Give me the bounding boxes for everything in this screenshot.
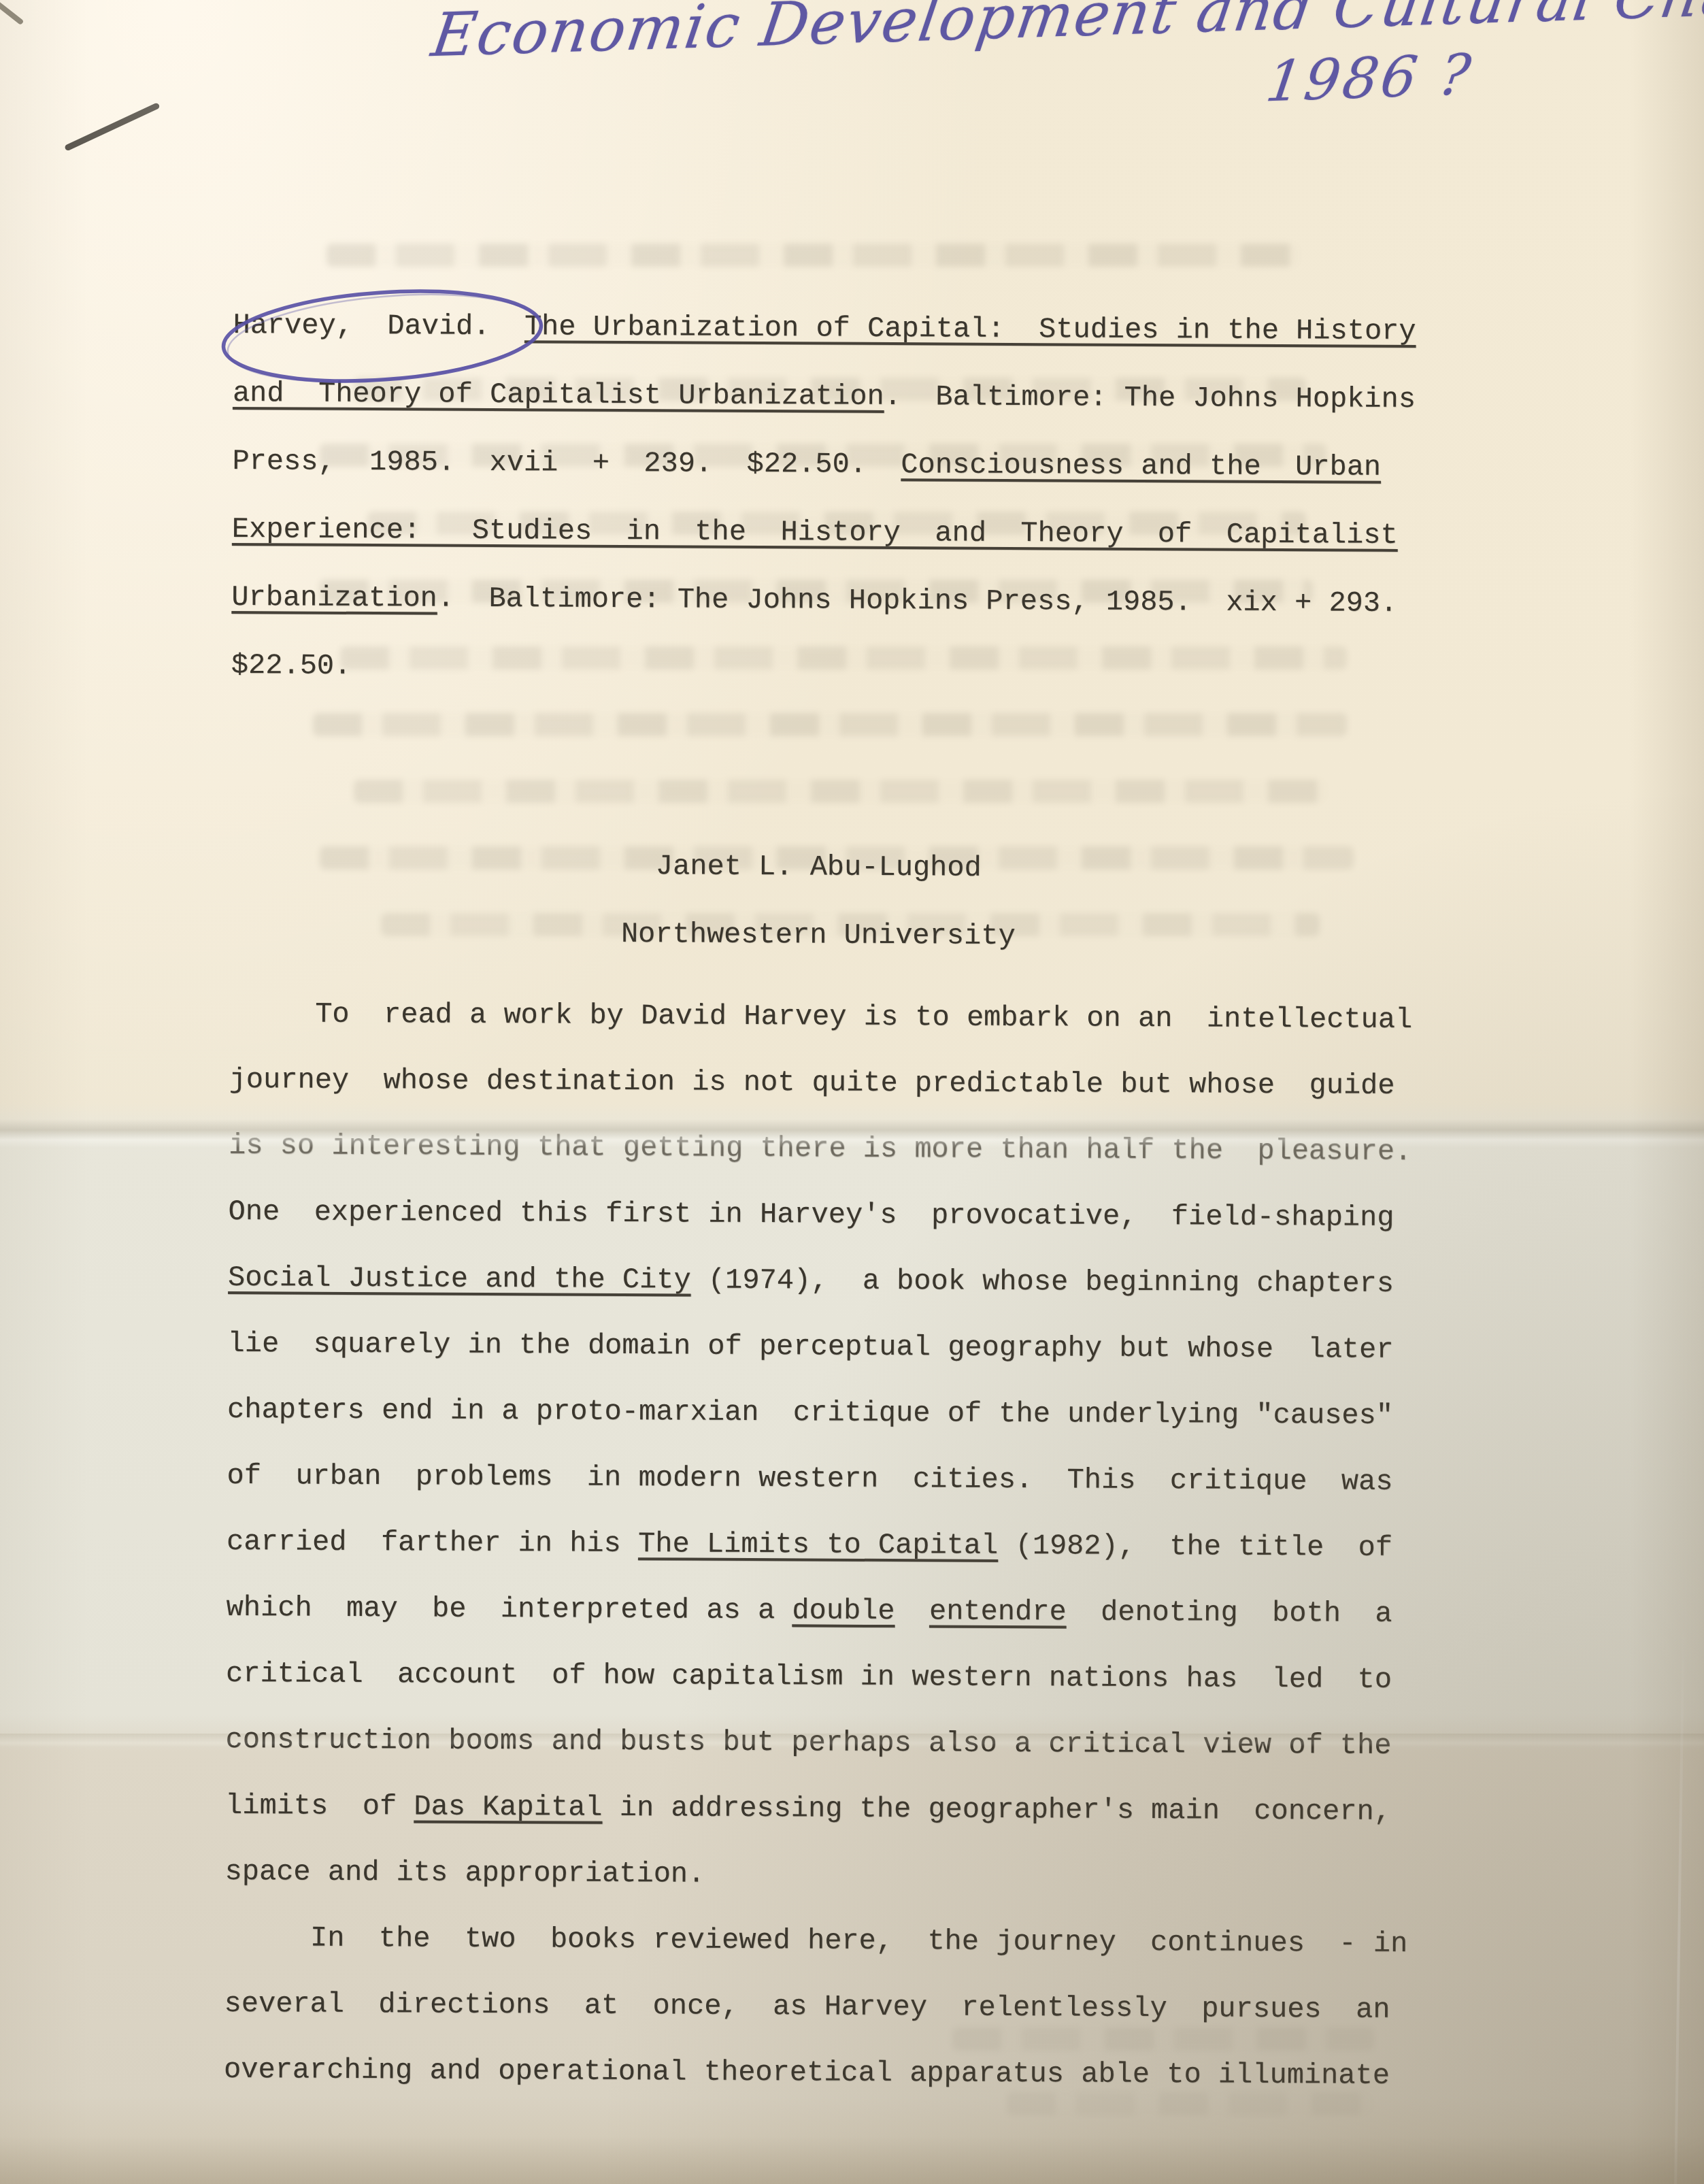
body-line: critical account of how capitalism in we… — [226, 1641, 1403, 1713]
typed-text-run: denoting both a — [1067, 1595, 1392, 1630]
body-line: overarching and operational theoretical … — [224, 2037, 1401, 2109]
body-line: which may be interpreted as a double ent… — [226, 1575, 1403, 1647]
typed-text-run: space and its appropriation. — [224, 1855, 705, 1891]
body-line: of urban problems in modern western citi… — [227, 1443, 1403, 1515]
body-line: To read a work by David Harvey is to emb… — [229, 981, 1406, 1053]
typed-text-run: One experienced this first in Harvey's p… — [229, 1195, 1394, 1234]
body-line: carried farther in his The Limits to Cap… — [227, 1509, 1403, 1581]
paper-edge-highlight — [1674, 1619, 1685, 2184]
body-line: Social Justice and the City (1974), a bo… — [228, 1245, 1405, 1317]
body-line: construction booms and busts but perhaps… — [225, 1707, 1402, 1779]
author-name: Janet L. Abu-Lughod — [230, 830, 1407, 904]
pencil-dash-mark — [64, 102, 161, 151]
handwritten-year: 1986 ? — [1262, 42, 1477, 114]
typed-text-run: overarching and operational theoretical … — [224, 2053, 1390, 2092]
typed-text-run — [895, 1595, 929, 1627]
citation-line: Experience: Studies in the History and T… — [232, 495, 1409, 569]
typed-text-run: is so interesting that getting there is … — [229, 1129, 1411, 1168]
underlined-title-text: Consciousness and the Urban — [901, 448, 1381, 484]
scanned-page: Harvey, David. The Urbanization of Capit… — [0, 0, 1704, 2184]
typed-text-run: $22.50. — [231, 649, 352, 682]
body-line: In the two books reviewed here, the jour… — [224, 1905, 1401, 1977]
body-line: is so interesting that getting there is … — [229, 1113, 1405, 1185]
underlined-title-text: Das Kapital — [414, 1790, 602, 1823]
body-line: limits of Das Kapital in addressing the … — [225, 1773, 1402, 1845]
typed-text-run: of urban problems in modern western citi… — [227, 1459, 1393, 1498]
body-line: One experienced this first in Harvey's p… — [228, 1179, 1405, 1251]
pen-circle-annotation — [218, 283, 551, 392]
underlined-title-text: entendre — [929, 1595, 1067, 1628]
body-block: To read a work by David Harvey is to emb… — [224, 981, 1407, 2109]
typed-text-run: Press, 1985. xvii + 239. $22.50. — [232, 445, 901, 481]
typed-text-run: chapters end in a proto-marxian critique… — [227, 1393, 1393, 1432]
underlined-title-text: The Urbanization of Capital: Studies in … — [524, 310, 1416, 348]
underlined-title-text: double — [792, 1594, 895, 1627]
citation-line: Urbanization. Baltimore: The Johns Hopki… — [231, 563, 1408, 638]
citation-line: Press, 1985. xvii + 239. $22.50. Conscio… — [232, 427, 1409, 501]
typed-text-run: . Baltimore: The Johns Hopkins — [884, 380, 1416, 416]
typed-text-run: carried farther in his — [227, 1525, 638, 1560]
body-line: chapters end in a proto-marxian critique… — [227, 1377, 1404, 1449]
body-line: space and its appropriation. — [224, 1839, 1401, 1911]
citation-line: $22.50. — [231, 631, 1409, 706]
typed-text-run: (1974), a book whose beginning chapters — [691, 1264, 1394, 1300]
byline-block: Janet L. Abu-Lughod Northwestern Univers… — [230, 830, 1407, 972]
typed-text-run: limits of — [225, 1789, 414, 1823]
typed-text-run: several directions at once, as Harvey re… — [224, 1987, 1390, 2026]
body-line: lie squarely in the domain of perceptual… — [227, 1311, 1404, 1383]
corner-scratch-mark — [0, 0, 24, 25]
body-line: several directions at once, as Harvey re… — [224, 1971, 1401, 2043]
typed-text-run: . Baltimore: The Johns Hopkins Press, 19… — [437, 582, 1398, 620]
underlined-title-text: The Limits to Capital — [638, 1527, 999, 1562]
typed-text-run: construction booms and busts but perhaps… — [225, 1723, 1391, 1762]
typed-text-run: which may be interpreted as a — [227, 1591, 792, 1627]
underlined-title-text: Experience: Studies in the History and T… — [232, 513, 1398, 552]
typed-text-run: critical account of how capitalism in we… — [226, 1657, 1392, 1696]
typed-text-run: lie squarely in the domain of perceptual… — [228, 1327, 1394, 1366]
author-affiliation: Northwestern University — [230, 898, 1407, 972]
underlined-title-text: Urbanization — [231, 581, 437, 615]
typed-text-run: To read a work by David Harvey is to emb… — [229, 997, 1412, 1036]
typed-text-run: in addressing the geographer's main conc… — [602, 1791, 1391, 1828]
typed-text-run: In the two books reviewed here, the jour… — [224, 1921, 1407, 1960]
body-line: journey whose destination is not quite p… — [229, 1047, 1405, 1119]
typed-text-run: (1982), the title of — [998, 1529, 1392, 1564]
typed-text-run: journey whose destination is not quite p… — [229, 1063, 1395, 1102]
underlined-title-text: Social Justice and the City — [228, 1261, 691, 1297]
